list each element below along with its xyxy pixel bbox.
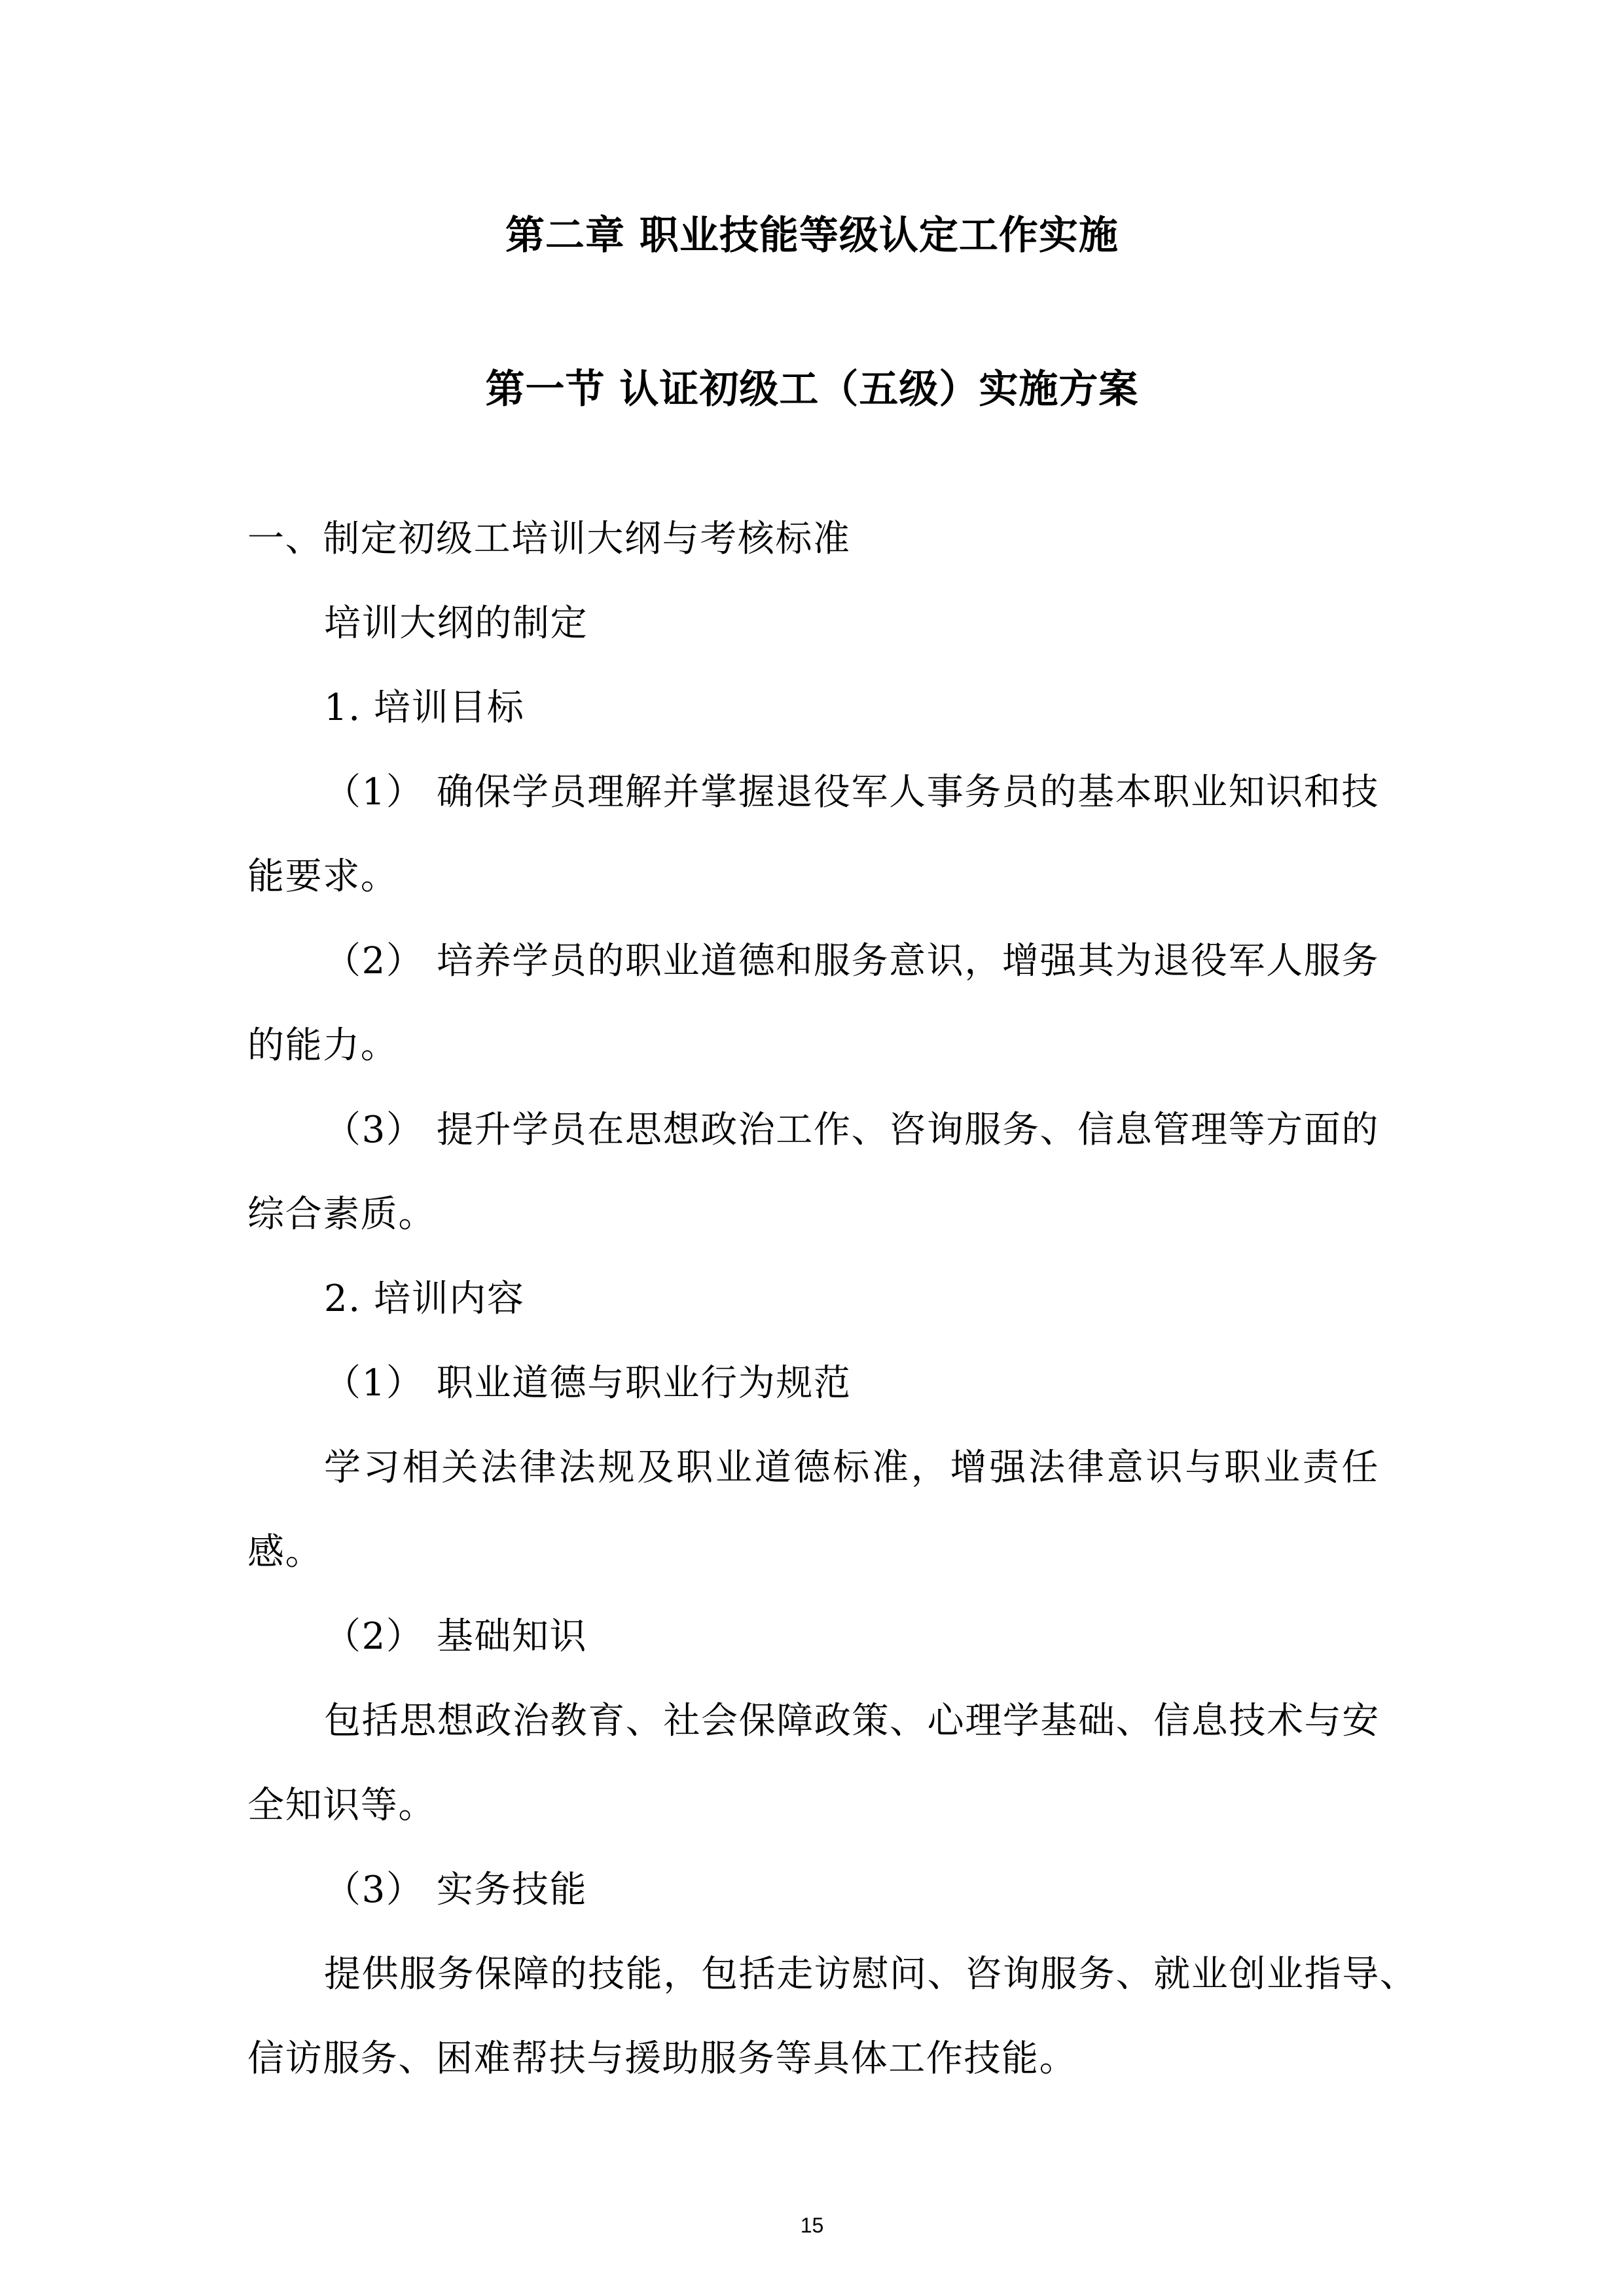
body-line: 全知识等。	[247, 1782, 436, 1829]
document-page: 第二章 职业技能等级认定工作实施 第一节 认证初级工（五级）实施方案 一、制定初…	[0, 0, 1624, 2296]
subsection-heading: 一、制定初级工培训大纲与考核标准	[247, 516, 851, 563]
body-line: （1） 确保学员理解并掌握退役军人事务员的基本职业知识和技	[324, 769, 1379, 816]
body-line: 包括思想政治教育、社会保障政策、心理学基础、信息技术与安	[324, 1698, 1379, 1745]
list-item-heading: （2） 基础知识	[324, 1613, 587, 1660]
body-line: （3） 提升学员在思想政治工作、咨询服务、信息管理等方面的	[324, 1107, 1379, 1154]
list-item-heading: （3） 实务技能	[324, 1867, 587, 1914]
body-line: （2） 培养学员的职业道德和服务意识，增强其为退役军人服务	[324, 938, 1379, 985]
paragraph-heading: 培训大纲的制定	[324, 600, 588, 647]
list-heading-training-content: 2. 培训内容	[324, 1276, 524, 1323]
body-line: 综合素质。	[247, 1191, 436, 1238]
body-line: 学习相关法律法规及职业道德标准，增强法律意识与职业责任	[324, 1444, 1379, 1492]
body-line: 信访服务、困难帮扶与援助服务等具体工作技能。	[247, 2036, 1077, 2083]
body-line: 的能力。	[247, 1022, 398, 1069]
page-number: 15	[0, 2212, 1624, 2238]
body-line: 感。	[247, 1529, 323, 1576]
body-line: 能要求。	[247, 853, 398, 901]
body-line: 提供服务保障的技能，包括走访慰问、咨询服务、就业创业指导、	[324, 1951, 1379, 1998]
list-heading-training-goals: 1. 培训目标	[324, 685, 524, 732]
list-item-heading: （1） 职业道德与职业行为规范	[324, 1360, 851, 1407]
chapter-title: 第二章 职业技能等级认定工作实施	[0, 209, 1624, 262]
section-title: 第一节 认证初级工（五级）实施方案	[0, 363, 1624, 416]
